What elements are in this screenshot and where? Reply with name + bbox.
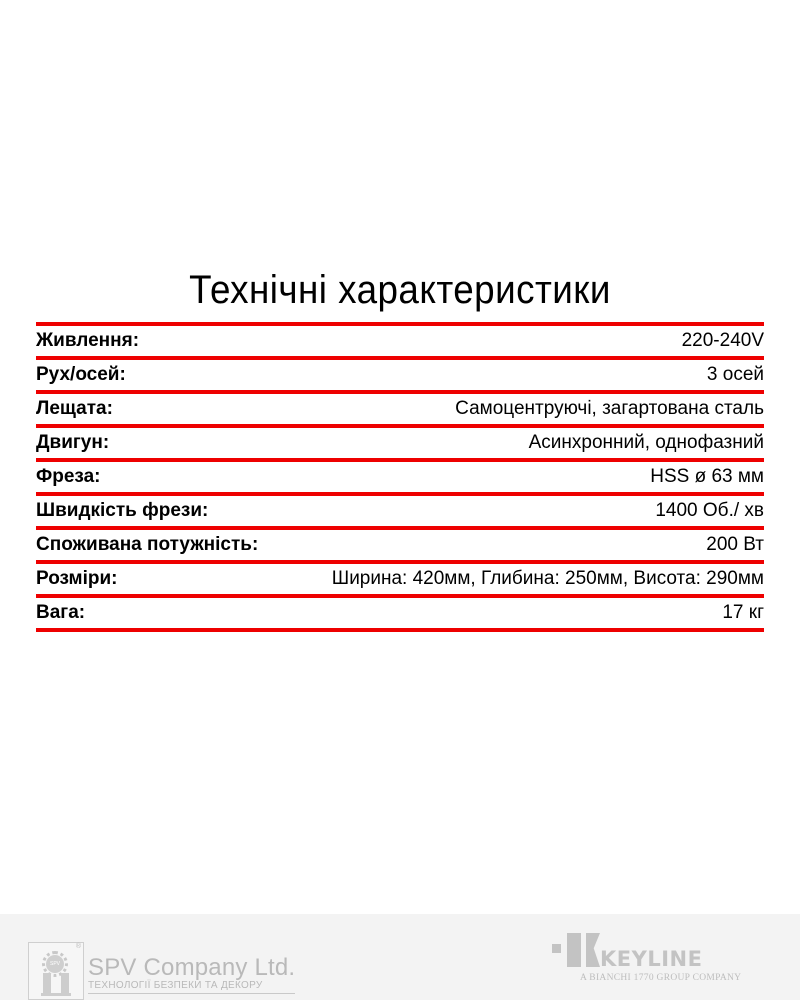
- spec-row: Вага:17 кг: [36, 598, 764, 628]
- spv-logo: SPV ® SPV Company Ltd. ТЕХНОЛОГІЇ БЕЗПЕК…: [28, 942, 295, 1000]
- spec-label: Фреза:: [36, 466, 100, 488]
- keyline-name: KEYLINE: [600, 947, 702, 971]
- spec-table: Живлення:220-240VРух/осей:3 осейЛещата:С…: [36, 322, 764, 632]
- spec-row: Живлення:220-240V: [36, 326, 764, 356]
- divider: [36, 628, 764, 632]
- spec-row: Двигун:Асинхронний, однофазний: [36, 428, 764, 458]
- spv-tagline: ТЕХНОЛОГІЇ БЕЗПЕКИ ТА ДЕКОРУ: [88, 980, 295, 994]
- spec-value: 3 осей: [707, 364, 764, 386]
- spec-value: Самоцентруючі, загартована сталь: [455, 398, 764, 420]
- spec-label: Рух/осей:: [36, 364, 126, 386]
- spec-row: Споживана потужність:200 Вт: [36, 530, 764, 560]
- spec-value: HSS ø 63 мм: [650, 466, 764, 488]
- spec-value: 17 кг: [722, 602, 764, 624]
- spec-row: Лещата:Самоцентруючі, загартована сталь: [36, 394, 764, 424]
- spec-label: Швидкість фрези:: [36, 500, 208, 522]
- spec-label: Живлення:: [36, 330, 139, 352]
- footer: SPV ® SPV Company Ltd. ТЕХНОЛОГІЇ БЕЗПЕК…: [0, 914, 800, 1000]
- spec-label: Двигун:: [36, 432, 109, 454]
- spec-row: Фреза:HSS ø 63 мм: [36, 462, 764, 492]
- spec-value: 220-240V: [682, 330, 764, 352]
- spec-value: Асинхронний, однофазний: [529, 432, 764, 454]
- spec-label: Розміри:: [36, 568, 117, 590]
- page-title: Технічні характеристики: [32, 268, 768, 313]
- spec-row: Розміри:Ширина: 420мм, Глибина: 250мм, В…: [36, 564, 764, 594]
- spec-label: Лещата:: [36, 398, 113, 420]
- spv-emblem-icon: SPV ®: [28, 942, 84, 1000]
- spec-row: Рух/осей:3 осей: [36, 360, 764, 390]
- spec-row: Швидкість фрези:1400 Об./ хв: [36, 496, 764, 526]
- registered-icon: ®: [76, 943, 81, 950]
- keyline-tagline: A BIANCHI 1770 GROUP COMPANY: [580, 973, 741, 983]
- spv-company-name: SPV Company Ltd.: [88, 956, 295, 980]
- spec-label: Споживана потужність:: [36, 534, 258, 556]
- spec-value: 200 Вт: [706, 534, 764, 556]
- spec-value: 1400 Об./ хв: [655, 500, 764, 522]
- spec-value: Ширина: 420мм, Глибина: 250мм, Висота: 2…: [332, 568, 764, 590]
- spec-label: Вага:: [36, 602, 85, 624]
